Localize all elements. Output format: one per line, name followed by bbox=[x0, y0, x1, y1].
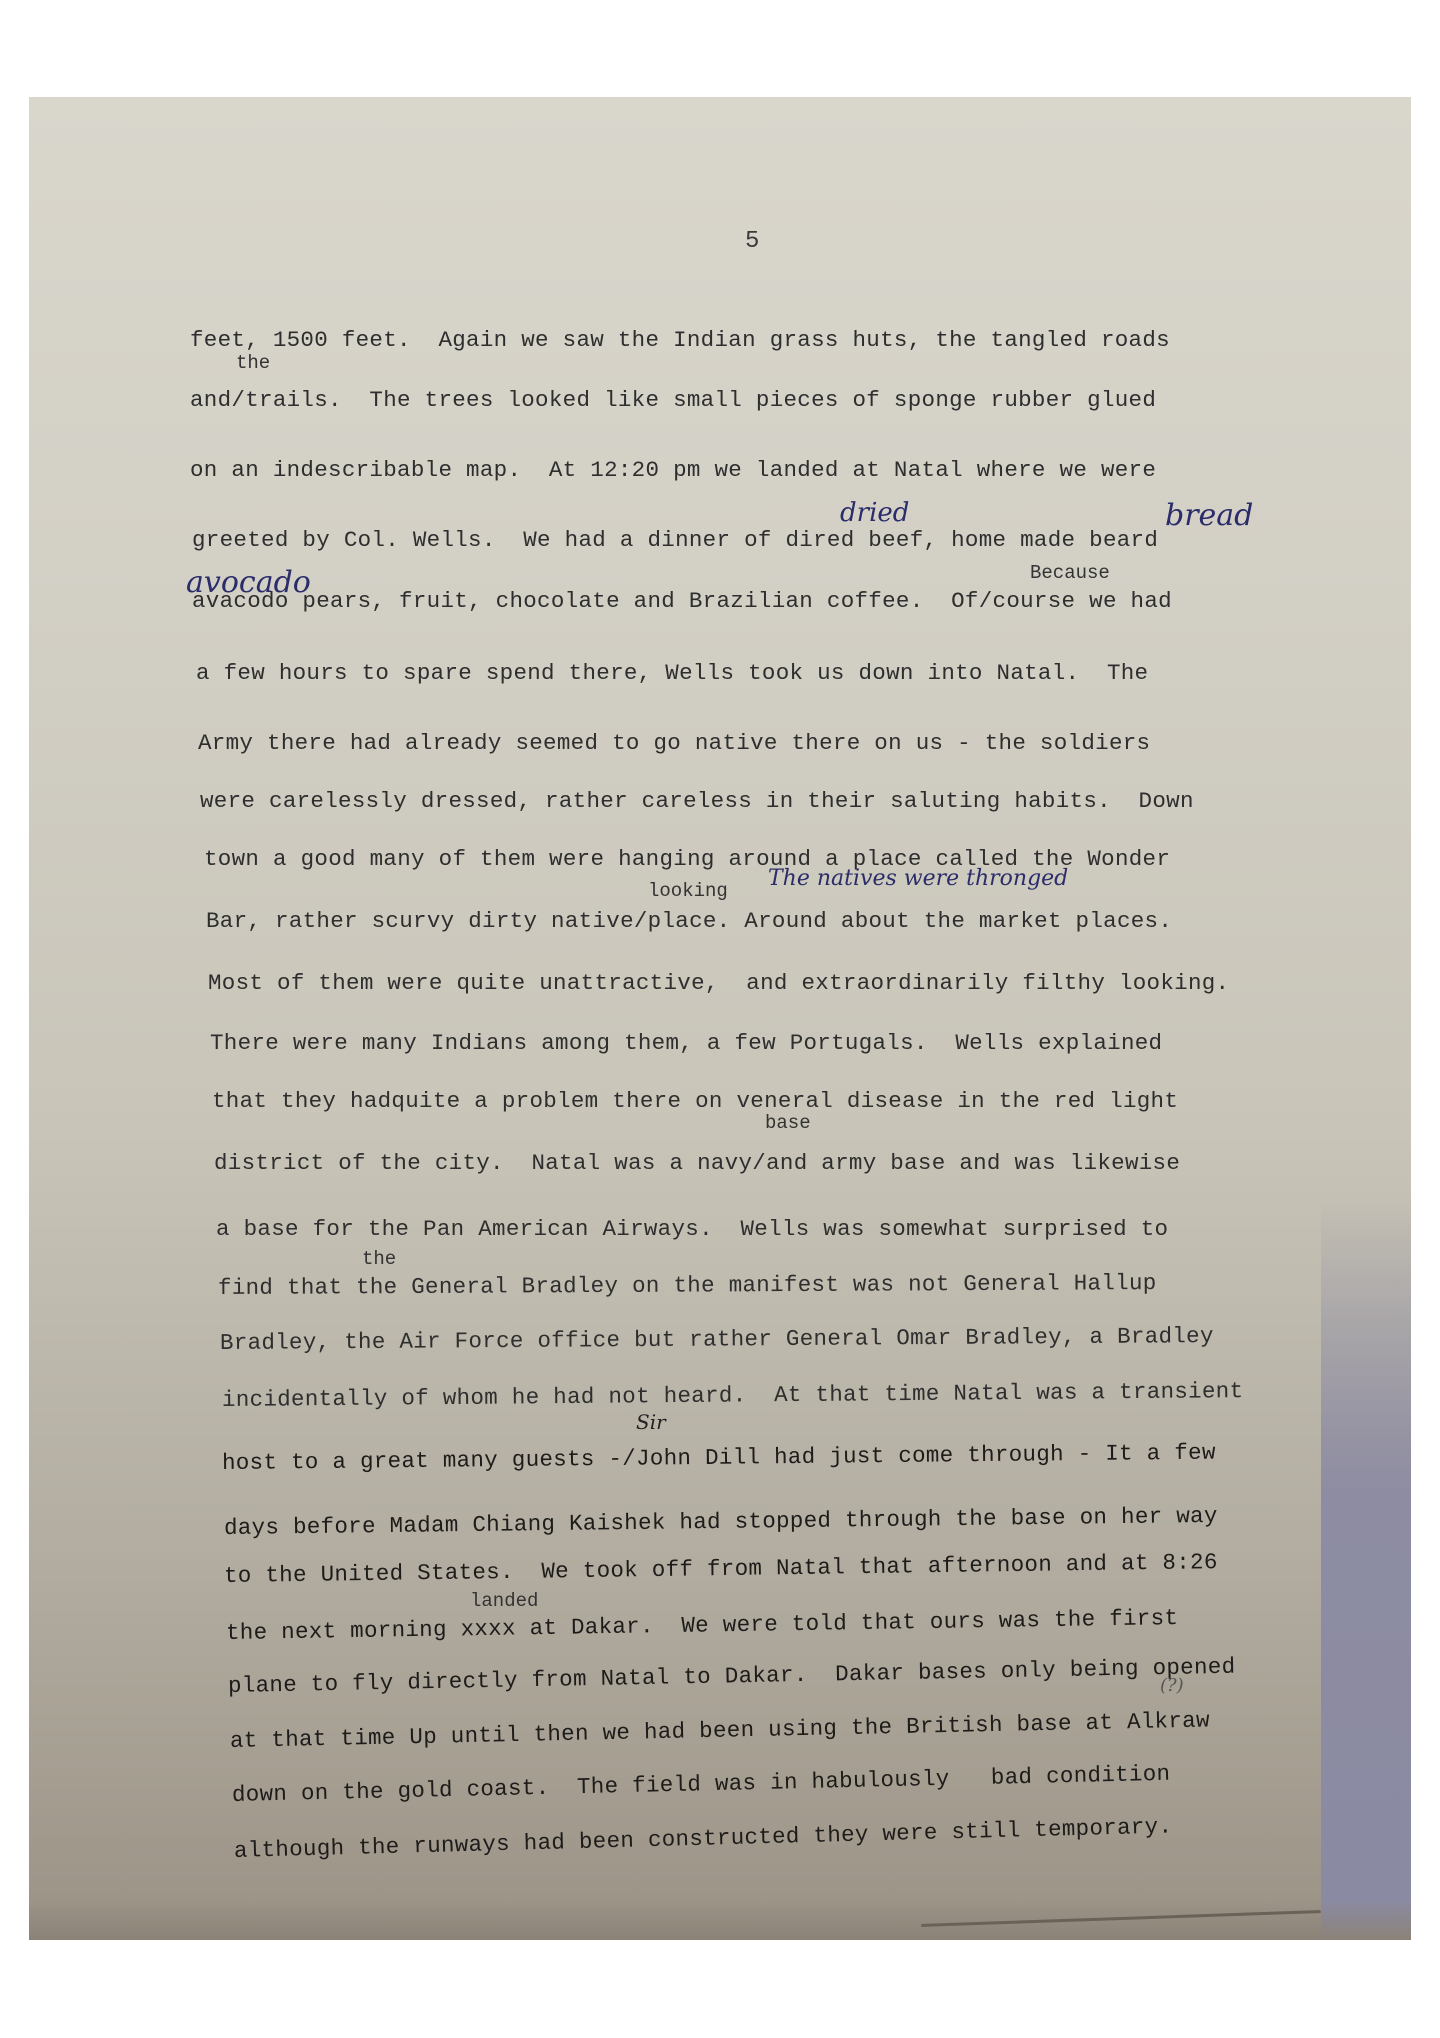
typed-insertion: landed bbox=[470, 1590, 538, 1612]
typed-line: district of the city. Natal was a navy/a… bbox=[214, 1150, 1180, 1176]
typed-insertion: looking bbox=[648, 880, 728, 902]
typed-line: a base for the Pan American Airways. Wel… bbox=[216, 1216, 1168, 1242]
typed-line: that they hadquite a problem there on ve… bbox=[212, 1088, 1178, 1114]
typed-insertion: Because bbox=[1030, 562, 1110, 584]
handwritten-annotation: dried bbox=[840, 498, 909, 528]
typed-line: a few hours to spare spend there, Wells … bbox=[196, 660, 1148, 686]
typed-line: greeted by Col. Wells. We had a dinner o… bbox=[192, 527, 1158, 553]
typed-line: and/trails. The trees looked like small … bbox=[190, 387, 1156, 413]
typed-line: town a good many of them were hanging ar… bbox=[204, 846, 1170, 872]
typed-line: were carelessly dressed, rather careless… bbox=[200, 788, 1194, 814]
page-number: 5 bbox=[745, 228, 759, 255]
typed-line: There were many Indians among them, a fe… bbox=[210, 1030, 1162, 1056]
typed-line: feet, 1500 feet. Again we saw the Indian… bbox=[190, 327, 1170, 353]
typed-line: Bar, rather scurvy dirty native/place. A… bbox=[206, 908, 1172, 934]
typed-insertion: the bbox=[236, 352, 270, 374]
typed-line: on an indescribable map. At 12:20 pm we … bbox=[190, 457, 1156, 483]
background-surface bbox=[1321, 1197, 1411, 1940]
typed-line: find that the General Bradley on the man… bbox=[218, 1270, 1157, 1301]
typed-insertion: the bbox=[362, 1248, 396, 1270]
handwritten-annotation: bread bbox=[1165, 498, 1253, 533]
handwritten-annotation: Sir bbox=[636, 1410, 666, 1434]
typed-line: Army there had already seemed to go nati… bbox=[198, 730, 1150, 756]
typed-insertion: base bbox=[765, 1112, 811, 1134]
typed-line: Most of them were quite unattractive, an… bbox=[208, 970, 1229, 996]
background-shadow bbox=[29, 1900, 1411, 1940]
typed-line: avacodo pears, fruit, chocolate and Braz… bbox=[192, 588, 1172, 614]
